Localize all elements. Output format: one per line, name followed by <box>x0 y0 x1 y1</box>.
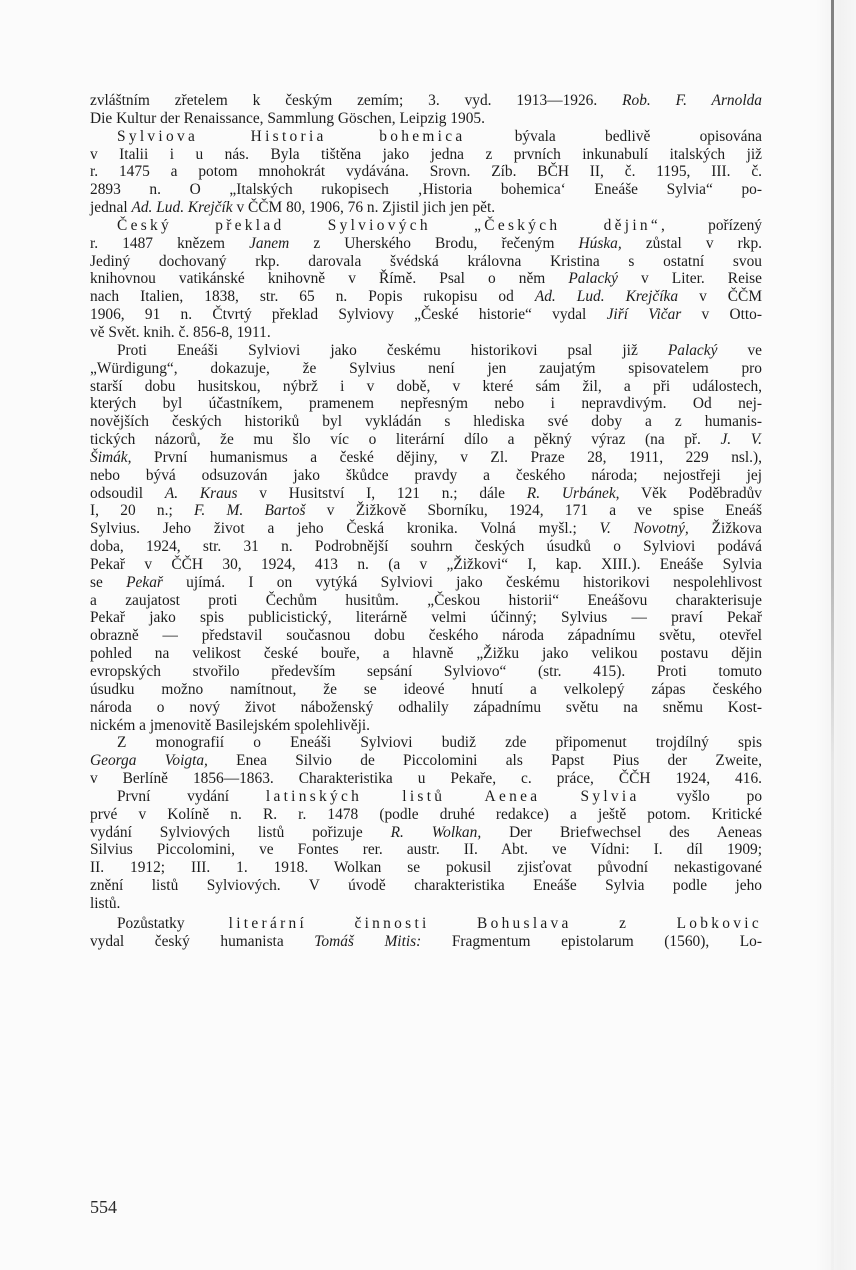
text-segment: Die Kultur der Renaissance, Sammlung Gös… <box>90 110 485 127</box>
italic-text: Palacký <box>568 270 618 287</box>
text-line: odsoudil A. Kraus v Husitství I, 121 n.;… <box>90 485 762 503</box>
text-segment: v ČČM 80, 1906, 76 n. Zjistil jich jen p… <box>233 199 496 216</box>
text-segment: úsudku možno namítnout, že se ideové hnu… <box>90 681 762 698</box>
text-line: Silvius Piccolomini, ve Fontes rer. aust… <box>90 841 762 859</box>
text-segment: Enea Silvio de Piccolomini als Papst Piu… <box>208 752 762 769</box>
text-line: Pekař v ČČH 30, 1924, 413 n. (a v „Žižko… <box>90 556 762 574</box>
text-line: zvláštním zřetelem k českým zemím; 3. vy… <box>90 92 762 110</box>
text-line: První vydání latinských listů Aenea Sylv… <box>90 788 762 806</box>
text-segment: pořízený <box>668 217 762 234</box>
italic-text: Húska, <box>579 235 622 252</box>
text-line: nach Italien, 1838, str. 65 n. Popis ruk… <box>90 288 762 306</box>
text-segment: odsoudil <box>90 485 165 502</box>
text-line: obrazně — představil současnou dobu česk… <box>90 627 762 645</box>
text-segment: znění listů Sylviových. V úvodě charakte… <box>90 877 762 894</box>
text-segment: v Liter. Reise <box>618 270 762 287</box>
text-line: 1906, 91 n. Čtvrtý překlad Sylviovy „Čes… <box>90 306 762 324</box>
text-line: 2893 n. O „Italských rukopisech ‚Histori… <box>90 181 762 199</box>
text-line: I, 20 n.; F. M. Bartoš v Žižkově Sborník… <box>90 502 762 520</box>
text-segment: II. 1912; III. 1. 1918. Wolkan se pokusi… <box>90 859 762 876</box>
text-line: Die Kultur der Renaissance, Sammlung Gös… <box>90 110 762 128</box>
text-segment: vydání Sylviových listů pořizuje <box>90 824 391 841</box>
text-line: pohled na velikost české bouře, a hlavně… <box>90 645 762 663</box>
text-segment: pohled na velikost české bouře, a hlavně… <box>90 645 762 662</box>
text-segment: v Žižkově Sborníku, 1924, 171 a ve spise… <box>306 502 762 519</box>
text-segment: starší dobu husitskou, nýbrž i v době, v… <box>90 378 762 395</box>
text-segment: Jediný dochovaný rkp. darovala švédská k… <box>90 253 762 270</box>
italic-text: V. Novotný, <box>600 520 689 537</box>
italic-text: Georga Voigta, <box>90 752 208 769</box>
text-line: knihovnou vatikánské knihovně v Římě. Ps… <box>90 270 762 288</box>
text-segment: Pekař v ČČH 30, 1924, 413 n. (a v „Žižko… <box>90 556 762 573</box>
text-line: v Berlíně 1856—1863. Charakteristika u P… <box>90 770 762 788</box>
text-segment: První vydání <box>117 788 266 805</box>
text-line: nebo bývá odsuzován jako škůdce pravdy a… <box>90 467 762 485</box>
text-segment: vyšlo po <box>640 788 762 805</box>
text-segment: Žižkova <box>689 520 762 537</box>
text-line: r. 1487 knězem Janem z Uherského Brodu, … <box>90 235 762 253</box>
spaced-emphasis-text: Český překlad Sylviových „Českých dějin“… <box>117 217 668 234</box>
text-line: evropských stvořilo především sepsání Sy… <box>90 663 762 681</box>
text-segment: z Uherského Brodu, řečeným <box>289 235 578 252</box>
text-segment: kterých byl účastníkem, pramenem nepřesn… <box>90 395 762 412</box>
italic-text: Ad. Lud. Krejčík <box>131 199 232 216</box>
text-line: novějších českých historiků byl vykládán… <box>90 413 762 431</box>
text-segment: r. 1487 knězem <box>90 235 249 252</box>
italic-text: Tomáš Mitis: <box>314 933 421 950</box>
text-line: Georga Voigta, Enea Silvio de Piccolomin… <box>90 752 762 770</box>
text-segment: novějších českých historiků byl vykládán… <box>90 413 762 430</box>
text-segment: zůstal v rkp. <box>622 235 762 252</box>
text-segment: vydal český humanista <box>90 933 314 950</box>
text-segment: národa o nový život náboženský odhalily … <box>90 699 762 716</box>
text-segment: Fragmentum epistolarum (1560), Lo- <box>421 933 762 950</box>
text-segment: Silvius Piccolomini, ve Fontes rer. aust… <box>90 841 762 858</box>
text-line: v Italii i u nás. Byla tištěna jako jedn… <box>90 146 762 164</box>
text-segment: Věk Poděbradův <box>620 485 762 502</box>
text-segment: evropských stvořilo především sepsání Sy… <box>90 663 762 680</box>
text-segment: tických názorů, že mu šlo víc o literárn… <box>90 431 720 448</box>
text-line: Český překlad Sylviových „Českých dějin“… <box>90 217 762 235</box>
text-segment: „Würdigung“, dokazuje, že Sylvius není j… <box>90 360 762 377</box>
italic-text: Šimák, <box>90 449 131 466</box>
text-segment: v Berlíně 1856—1863. Charakteristika u P… <box>90 770 762 787</box>
text-segment: Z monografií o Eneáši Sylviovi budiž zde… <box>117 734 762 751</box>
text-line: se Pekař ujímá. I on vytýká Sylviovi jak… <box>90 574 762 592</box>
text-segment: Pozůstatky <box>117 915 229 932</box>
italic-text: Rob. F. Arnolda <box>622 92 762 109</box>
text-segment: knihovnou vatikánské knihovně v Římě. Ps… <box>90 270 568 287</box>
page-shadow <box>816 0 856 1270</box>
italic-text: Janem <box>249 235 289 252</box>
text-segment: ve <box>717 342 762 359</box>
text-segment: Sylvius. Jeho život a jeho Česká kronika… <box>90 520 600 537</box>
text-line: vydal český humanista Tomáš Mitis: Fragm… <box>90 933 762 951</box>
text-line: tických názorů, že mu šlo víc o literárn… <box>90 431 762 449</box>
text-segment: a zaujatost proti Čechům husitům. „Česko… <box>90 592 762 609</box>
text-line: nickém a jmenovitě Basilejském spolehliv… <box>90 717 762 735</box>
spaced-emphasis-text: latinských listů Aenea Sylvia <box>266 788 640 805</box>
text-line: Sylvius. Jeho život a jeho Česká kronika… <box>90 520 762 538</box>
text-segment: obrazně — představil současnou dobu česk… <box>90 627 762 644</box>
text-segment: ujímá. I on vytýká Sylviovi jako českému… <box>163 574 762 591</box>
text-segment: I, 20 n.; <box>90 502 194 519</box>
text-segment: Proti Eneáši Sylviovi jako českému histo… <box>117 342 668 359</box>
page-edge <box>831 0 834 1270</box>
text-segment: v Italii i u nás. Byla tištěna jako jedn… <box>90 146 762 163</box>
text-segment: listů. <box>90 895 120 912</box>
text-segment: Pekař jako spis publicistický, literárně… <box>90 609 762 626</box>
text-segment: doba, 1924, str. 31 n. Podrobnější souhr… <box>90 538 762 555</box>
text-segment: nickém a jmenovitě Basilejském spolehliv… <box>90 717 370 734</box>
text-line: II. 1912; III. 1. 1918. Wolkan se pokusi… <box>90 859 762 877</box>
text-line: Šimák, První humanismus a české dějiny, … <box>90 449 762 467</box>
text-line: znění listů Sylviových. V úvodě charakte… <box>90 877 762 895</box>
italic-text: F. M. Bartoš <box>194 502 306 519</box>
text-line: starší dobu husitskou, nýbrž i v době, v… <box>90 378 762 396</box>
text-line: r. 1475 a potom mnohokrát vydávána. Srov… <box>90 163 762 181</box>
page-number: 554 <box>90 1197 117 1218</box>
text-segment: 2893 n. O „Italských rukopisech ‚Histori… <box>90 181 762 198</box>
italic-text: R. Wolkan, <box>391 824 482 841</box>
italic-text: Jiří Vičar <box>607 306 682 323</box>
text-line: Pekař jako spis publicistický, literárně… <box>90 609 762 627</box>
italic-text: A. Kraus <box>165 485 238 502</box>
text-line: a zaujatost proti Čechům husitům. „Česko… <box>90 592 762 610</box>
text-segment: Der Briefwechsel des Aeneas <box>481 824 762 841</box>
text-line: Pozůstatky literární činnosti Bohuslava … <box>90 915 762 933</box>
text-segment: 1906, 91 n. Čtvrtý překlad Sylviovy „Čes… <box>90 306 607 323</box>
italic-text: R. Urbánek, <box>527 485 620 502</box>
italic-text: Palacký <box>668 342 718 359</box>
text-segment: r. 1475 a potom mnohokrát vydávána. Srov… <box>90 163 762 180</box>
text-line: doba, 1924, str. 31 n. Podrobnější souhr… <box>90 538 762 556</box>
text-line: Z monografií o Eneáši Sylviovi budiž zde… <box>90 734 762 752</box>
text-line: „Würdigung“, dokazuje, že Sylvius není j… <box>90 360 762 378</box>
text-segment: v Otto- <box>681 306 762 323</box>
italic-text: J. V. <box>720 431 762 448</box>
text-line: jednal Ad. Lud. Krejčík v ČČM 80, 1906, … <box>90 199 762 217</box>
italic-text: Ad. Lud. Krejčíka <box>535 288 678 305</box>
text-segment: První humanismus a české dějiny, v Zl. P… <box>131 449 762 466</box>
text-line: Sylviova Historia bohemica bývala bedliv… <box>90 128 762 146</box>
text-segment: vě Svět. knih. č. 856-8, 1911. <box>90 324 271 341</box>
text-line: listů. <box>90 895 762 913</box>
text-line: kterých byl účastníkem, pramenem nepřesn… <box>90 395 762 413</box>
text-segment: jednal <box>90 199 131 216</box>
text-segment: nach Italien, 1838, str. 65 n. Popis ruk… <box>90 288 535 305</box>
text-segment: zvláštním zřetelem k českým zemím; 3. vy… <box>90 92 622 109</box>
text-line: prvé v Kolíně n. R. r. 1478 (podle druhé… <box>90 806 762 824</box>
text-segment: bývala bedlivě opisována <box>465 128 762 145</box>
text-line: Jediný dochovaný rkp. darovala švédská k… <box>90 253 762 271</box>
text-line: úsudku možno namítnout, že se ideové hnu… <box>90 681 762 699</box>
page-body-text: zvláštním zřetelem k českým zemím; 3. vy… <box>90 92 762 951</box>
text-segment: v Husitství I, 121 n.; dále <box>237 485 526 502</box>
text-segment: se <box>90 574 126 591</box>
italic-text: Pekař <box>126 574 163 591</box>
text-segment: prvé v Kolíně n. R. r. 1478 (podle druhé… <box>90 806 762 823</box>
text-line: národa o nový život náboženský odhalily … <box>90 699 762 717</box>
spaced-emphasis-text: Sylviova Historia bohemica <box>117 128 465 145</box>
spaced-emphasis-text: literární činnosti Bohuslava z Lobkovic <box>229 915 762 932</box>
text-line: vydání Sylviových listů pořizuje R. Wolk… <box>90 824 762 842</box>
text-segment: v ČČM <box>678 288 762 305</box>
text-line: Proti Eneáši Sylviovi jako českému histo… <box>90 342 762 360</box>
text-line: vě Svět. knih. č. 856-8, 1911. <box>90 324 762 342</box>
text-segment: nebo bývá odsuzován jako škůdce pravdy a… <box>90 467 762 484</box>
